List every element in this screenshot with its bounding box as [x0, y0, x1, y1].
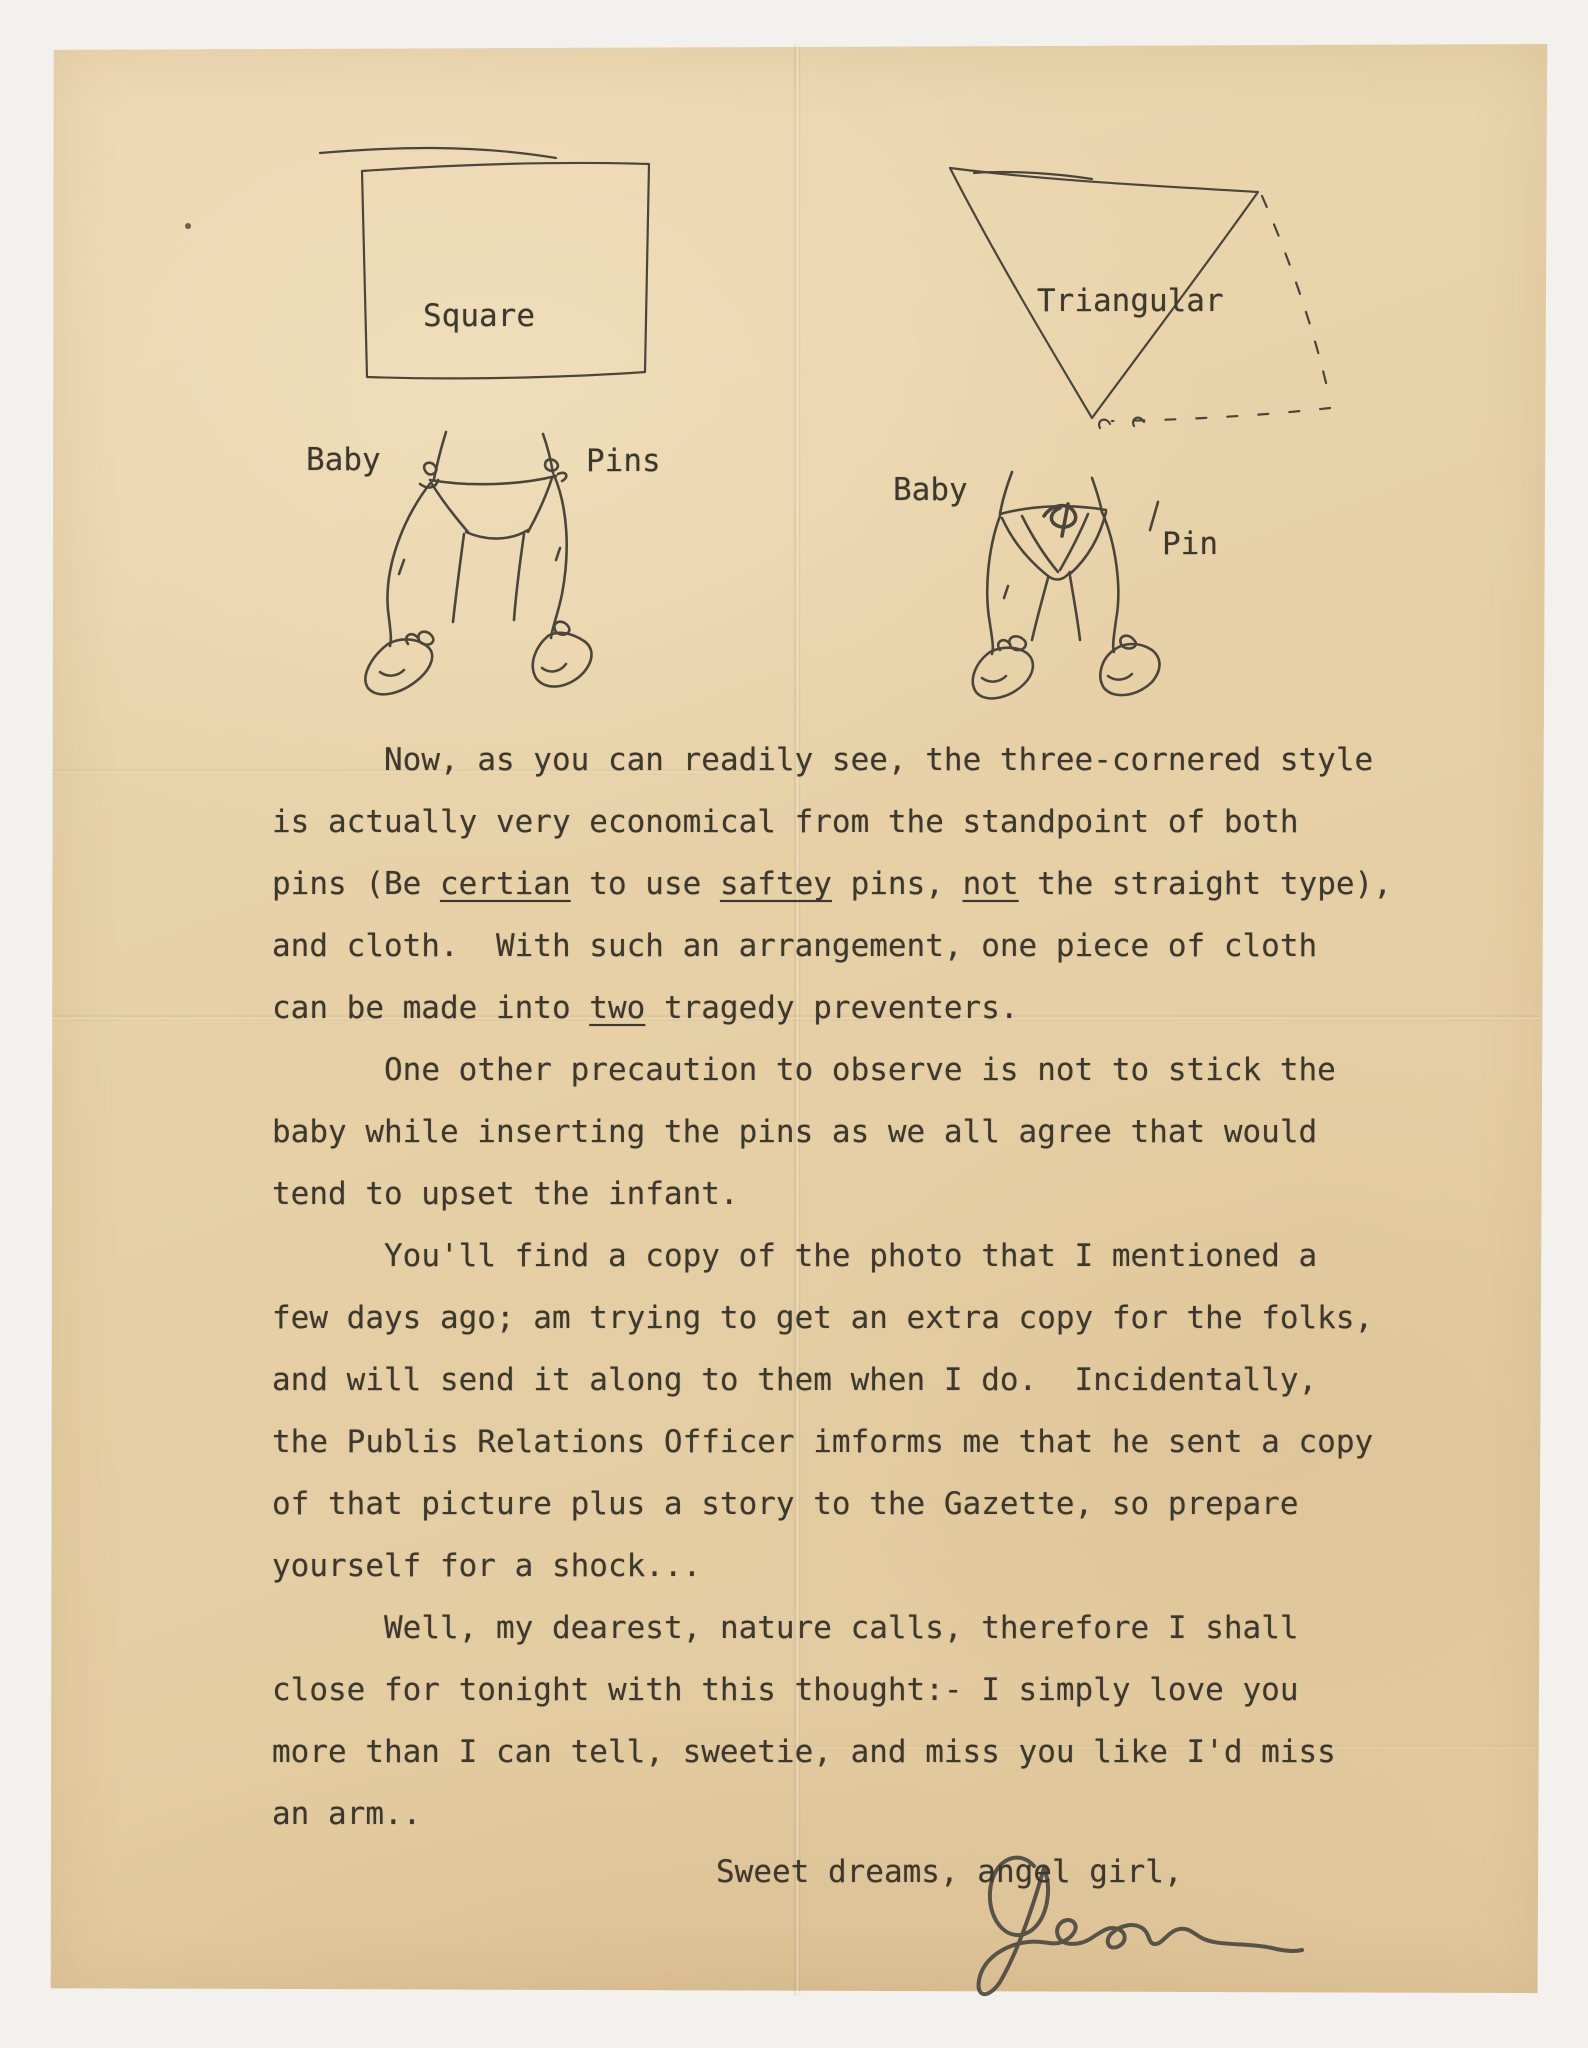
letter-line: can be made into two tragedy preventers. — [272, 988, 1019, 1028]
letter-line: few days ago; am trying to get an extra … — [272, 1298, 1373, 1338]
letter-line: an arm.. — [272, 1794, 421, 1834]
letter-line: and will send it along to them when I do… — [272, 1360, 1317, 1400]
right-pin-label: Pin — [1162, 524, 1218, 564]
closing-line: Sweet dreams, angel girl, — [716, 1852, 1183, 1892]
right-baby-label: Baby — [893, 470, 968, 510]
left-baby-label: Baby — [306, 440, 381, 480]
letter-line: baby while inserting the pins as we all … — [272, 1112, 1317, 1152]
triangular-label: Triangular — [1037, 281, 1224, 321]
letter-line: and cloth. With such an arrangement, one… — [272, 926, 1317, 966]
letter-line: One other precaution to observe is not t… — [272, 1050, 1336, 1090]
letter-line: of that picture plus a story to the Gaze… — [272, 1484, 1299, 1524]
left-pins-label: Pins — [586, 441, 661, 481]
letter-line: the Publis Relations Officer imforms me … — [272, 1422, 1373, 1462]
scanned-letter-page: Square Triangular Baby Pins Baby Pin Now… — [0, 0, 1588, 2048]
letter-line: You'll find a copy of the photo that I m… — [272, 1236, 1317, 1276]
letter-line: tend to upset the infant. — [272, 1174, 739, 1214]
letter-line: yourself for a shock... — [272, 1546, 701, 1586]
letter-line: close for tonight with this thought:- I … — [272, 1670, 1299, 1710]
letter-line: pins (Be certian to use saftey pins, not… — [272, 864, 1392, 904]
letter-line: Well, my dearest, nature calls, therefor… — [272, 1608, 1299, 1648]
letter-line: is actually very economical from the sta… — [272, 802, 1299, 842]
square-label: Square — [423, 296, 535, 336]
letter-line: more than I can tell, sweetie, and miss … — [272, 1732, 1336, 1772]
letter-line: Now, as you can readily see, the three-c… — [272, 740, 1373, 780]
